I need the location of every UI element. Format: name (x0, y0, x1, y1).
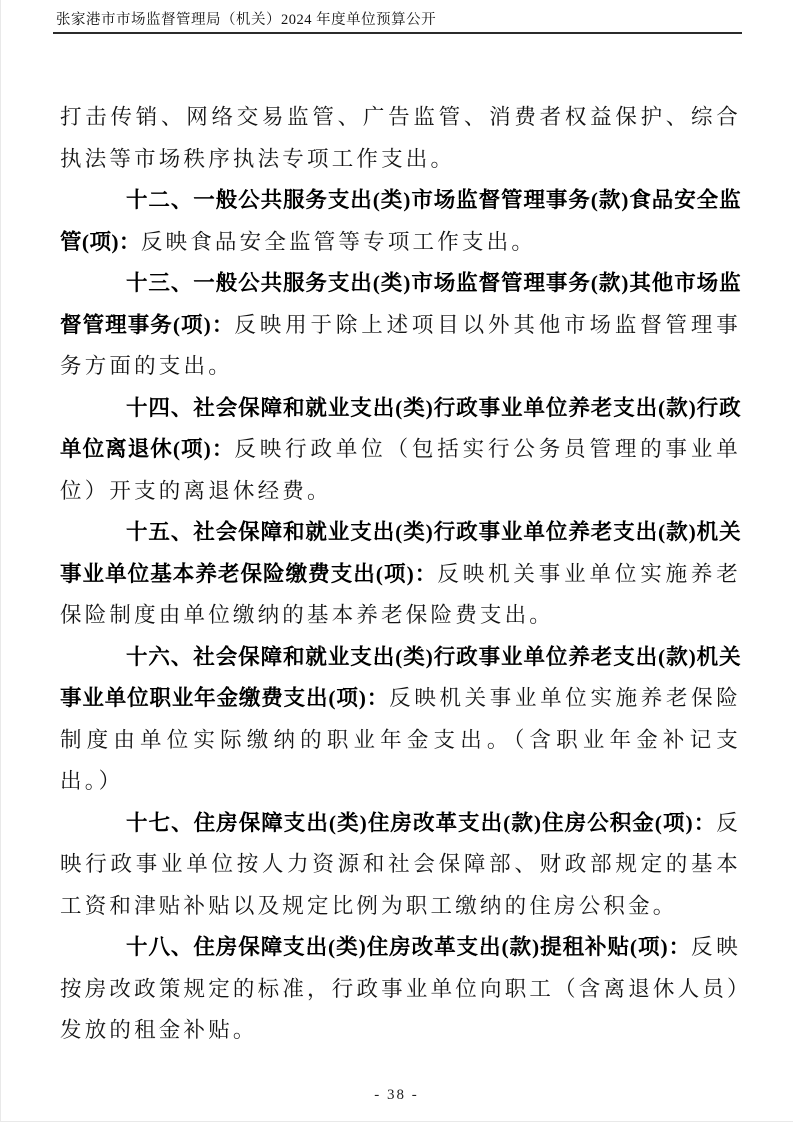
paragraph-lead: 十八、住房保障支出(类)住房改革支出(款)提租补贴(项)： (126, 935, 691, 959)
page-number: - 38 - (374, 1087, 419, 1103)
paragraph: 十三、一般公共服务支出(类)市场监督管理事务(款)其他市场监督管理事务(项)：反… (60, 263, 741, 388)
paragraph-lead: 十七、住房保障支出(类)住房改革支出(款)住房公积金(项)： (126, 811, 716, 835)
paragraph: 十六、社会保障和就业支出(类)行政事业单位养老支出(款)机关事业单位职业年金缴费… (60, 637, 741, 803)
paragraph: 十二、一般公共服务支出(类)市场监督管理事务(款)食品安全监管(项)：反映食品安… (60, 180, 741, 263)
paragraph-body: 反映食品安全监管等专项工作支出。 (141, 230, 536, 254)
paragraph-body: 打击传销、网络交易监管、广告监管、消费者权益保护、综合执法等市场秩序执法专项工作… (60, 105, 741, 171)
document-body: 打击传销、网络交易监管、广告监管、消费者权益保护、综合执法等市场秩序执法专项工作… (60, 97, 741, 1052)
paragraph: 十五、社会保障和就业支出(类)行政事业单位养老支出(款)机关事业单位基本养老保险… (60, 512, 741, 637)
document-header: 张家港市市场监督管理局（机关）2024 年度单位预算公开 (53, 12, 742, 34)
header-title: 张家港市市场监督管理局（机关）2024 年度单位预算公开 (53, 12, 742, 29)
document-footer: - 38 - (0, 1086, 793, 1104)
paragraph: 打击传销、网络交易监管、广告监管、消费者权益保护、综合执法等市场秩序执法专项工作… (60, 97, 741, 180)
paragraph: 十四、社会保障和就业支出(类)行政事业单位养老支出(款)行政单位离退休(项)：反… (60, 388, 741, 513)
paragraph: 十八、住房保障支出(类)住房改革支出(款)提租补贴(项)：反映按房改政策规定的标… (60, 927, 741, 1052)
paragraph: 十七、住房保障支出(类)住房改革支出(款)住房公积金(项)：反映行政事业单位按人… (60, 803, 741, 928)
document-page: 张家港市市场监督管理局（机关）2024 年度单位预算公开 打击传销、网络交易监管… (0, 0, 793, 1122)
